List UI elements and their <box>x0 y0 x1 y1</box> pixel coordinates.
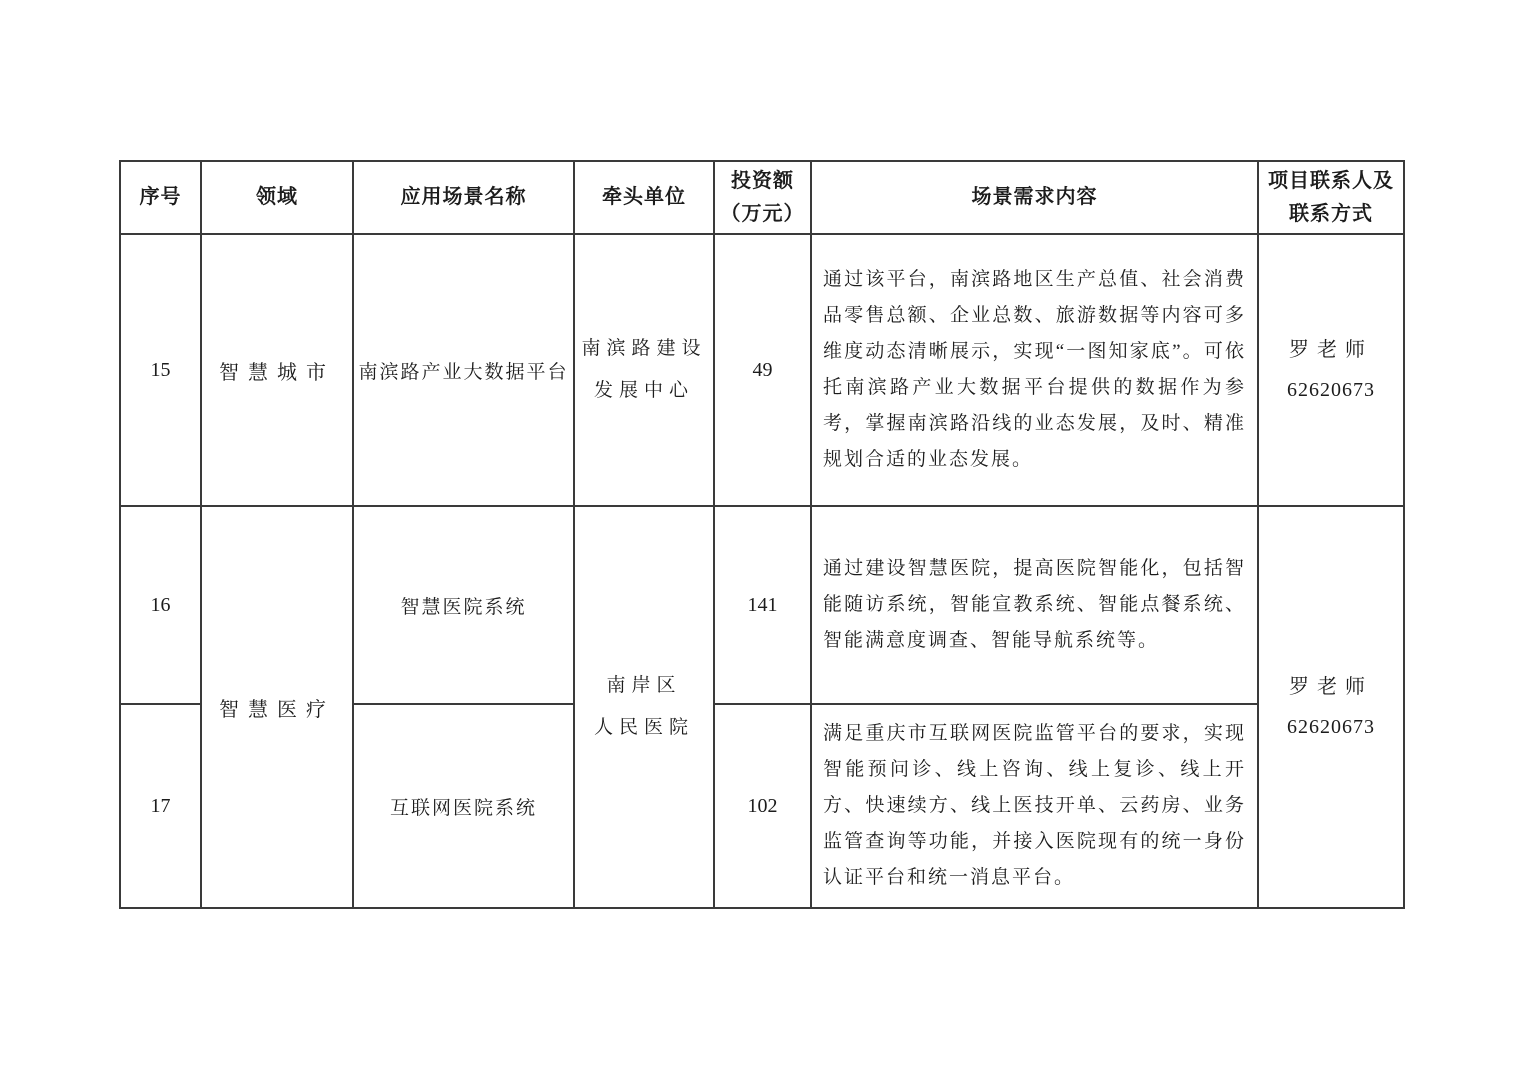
cell-scenario-name: 智慧医院系统 <box>353 506 574 704</box>
table-row-16: 16 智慧医疗 智慧医院系统 南岸区 人民医院 141 通过建设智慧医院，提高医… <box>120 506 1404 704</box>
cell-scenario-name: 南滨路产业大数据平台 <box>353 234 574 506</box>
contact-phone: 62620673 <box>1263 707 1399 747</box>
cell-requirements: 满足重庆市互联网医院监管平台的要求，实现智能预问诊、线上咨询、线上复诊、线上开方… <box>811 704 1258 908</box>
cell-seq: 15 <box>120 234 201 506</box>
header-cell-scenario: 应用场景名称 <box>353 161 574 234</box>
cell-scenario-name: 互联网医院系统 <box>353 704 574 908</box>
header-cell-investment: 投资额 （万元） <box>714 161 811 234</box>
contact-person: 罗老师 <box>1263 330 1399 370</box>
cell-investment: 49 <box>714 234 811 506</box>
header-cell-seq: 序号 <box>120 161 201 234</box>
cell-contact: 罗老师 62620673 <box>1258 506 1404 908</box>
document-page: 序号 领域 应用场景名称 牵头单位 投资额 （万元） 场景需求内容 项目联系人及… <box>0 0 1520 1074</box>
requirements-table: 序号 领域 应用场景名称 牵头单位 投资额 （万元） 场景需求内容 项目联系人及… <box>119 160 1405 909</box>
contact-phone: 62620673 <box>1263 370 1399 410</box>
cell-lead-unit: 南岸区 人民医院 <box>574 506 714 908</box>
cell-lead-unit: 南滨路建设 发展中心 <box>574 234 714 506</box>
cell-requirements: 通过该平台，南滨路地区生产总值、社会消费品零售总额、企业总数、旅游数据等内容可多… <box>811 234 1258 506</box>
cell-investment: 102 <box>714 704 811 908</box>
header-cell-content: 场景需求内容 <box>811 161 1258 234</box>
cell-seq: 16 <box>120 506 201 704</box>
cell-contact: 罗老师 62620673 <box>1258 234 1404 506</box>
cell-investment: 141 <box>714 506 811 704</box>
header-cell-domain: 领域 <box>201 161 353 234</box>
contact-person: 罗老师 <box>1263 667 1399 707</box>
table-header-row: 序号 领域 应用场景名称 牵头单位 投资额 （万元） 场景需求内容 项目联系人及… <box>120 161 1404 234</box>
header-cell-contact: 项目联系人及 联系方式 <box>1258 161 1404 234</box>
cell-domain: 智慧医疗 <box>201 506 353 908</box>
header-cell-unit: 牵头单位 <box>574 161 714 234</box>
cell-domain: 智慧城市 <box>201 234 353 506</box>
cell-requirements: 通过建设智慧医院，提高医院智能化，包括智能随访系统，智能宣教系统、智能点餐系统、… <box>811 506 1258 704</box>
table-row-15: 15 智慧城市 南滨路产业大数据平台 南滨路建设 发展中心 49 通过该平台，南… <box>120 234 1404 506</box>
cell-seq: 17 <box>120 704 201 908</box>
